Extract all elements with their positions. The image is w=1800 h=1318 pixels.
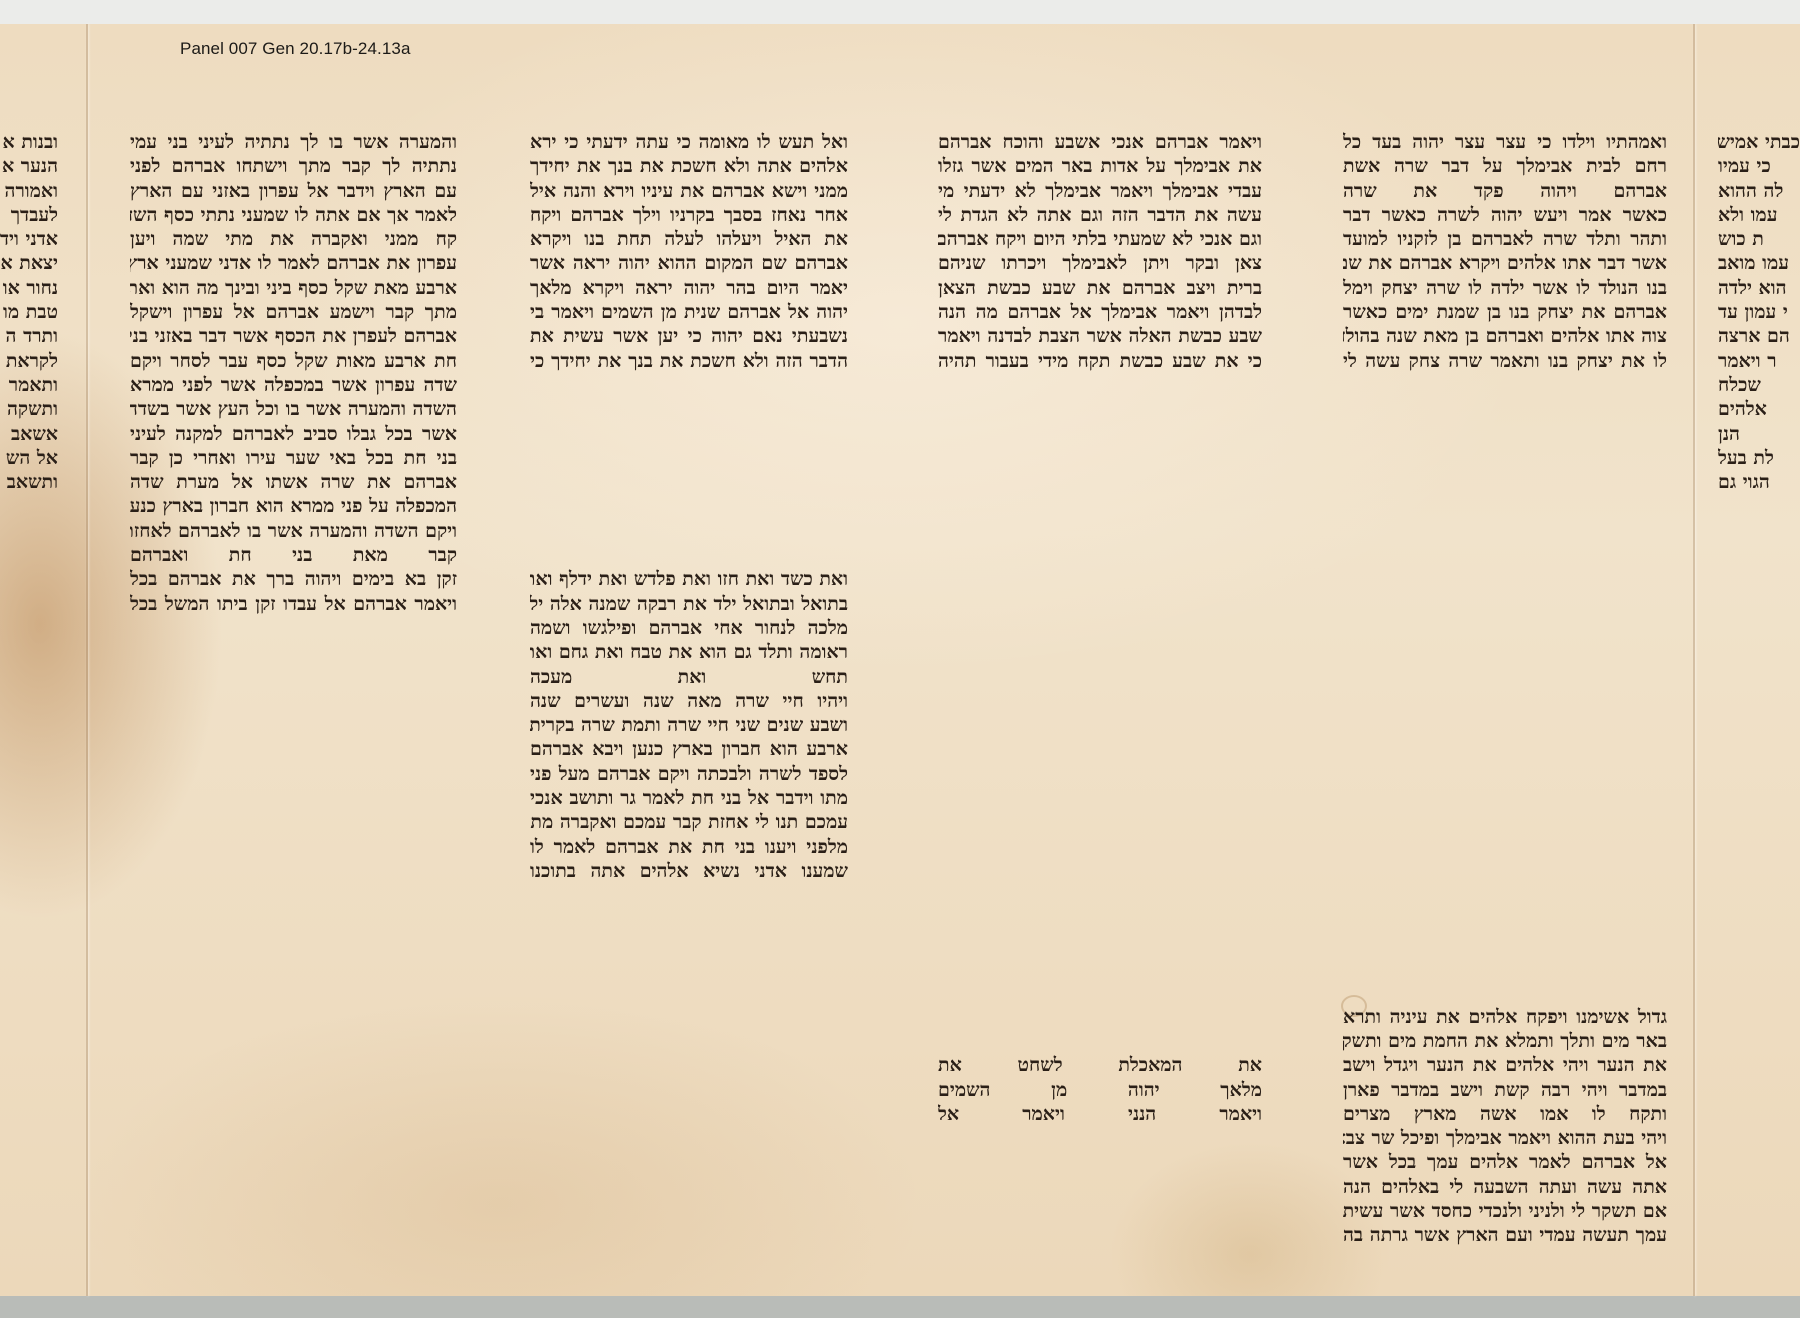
text-line: [938, 519, 1262, 543]
text-line: כי עמיו: [1718, 154, 1800, 178]
text-line: ותקח לו אמו אשה מארץ מצרים: [1343, 1102, 1667, 1126]
text-line: לאמר אך אם אתה לו שמעני נתתי כסף השדה: [130, 203, 457, 227]
text-line: [1343, 422, 1667, 446]
text-line: [1343, 883, 1667, 907]
text-line: וגם אנכי לא שמעתי בלתי היום ויקח אברהם: [938, 227, 1262, 251]
text-line: עבדי אבימלך ויאמר אבימלך לא ידעתי מי: [938, 179, 1262, 203]
text-line: שכלח: [1718, 373, 1800, 397]
panel-label: Panel 007 Gen 20.17b-24.13a: [180, 39, 411, 59]
text-line: אברהם שם המקום ההוא יהוה יראה אשר: [530, 251, 848, 275]
text-line: ברית ויצב אברהם את שבע כבשת הצאן: [938, 276, 1262, 300]
text-line: את המאכלת לשחט את: [938, 1053, 1262, 1077]
text-line: [530, 470, 848, 494]
text-line: ותהר ותלד שרה לאברהם בן לזקניו למועד: [1343, 227, 1667, 251]
text-line: ואמהתיו וילדו כי עצר עצר יהוה בעד כל: [1343, 130, 1667, 154]
text-line: [530, 397, 848, 421]
text-line: המכפלה על פני ממרא הוא חברון בארץ כנען: [130, 494, 457, 518]
text-line: [938, 762, 1262, 786]
text-line: בנו הנולד לו אשר ילדה לו שרה יצחק וימל: [1343, 276, 1667, 300]
column-2: ואל תעש לו מאומה כי עתה ידעתי כי יראאלהי…: [530, 130, 848, 883]
text-line: [530, 373, 848, 397]
text-line: אם תשקר לי ולניני ולנכדי כחסד אשר עשיתי: [1343, 1199, 1667, 1223]
text-line: [938, 494, 1262, 518]
text-line: גדול אשימנו ויפקח אלהים את עיניה ותרא: [1343, 1005, 1667, 1029]
text-line: [1343, 810, 1667, 834]
text-line: [938, 1005, 1262, 1029]
text-line: אברהם את שרה אשתו אל מערת שדה: [130, 470, 457, 494]
text-line: מלפני ויענו בני חת את אברהם לאמר לו: [530, 835, 848, 859]
text-line: מתו וידבר אל בני חת לאמר גר ותושב אנכי: [530, 786, 848, 810]
panel-seam-right: [1693, 24, 1695, 1296]
text-line: עמו ולא: [1718, 203, 1800, 227]
text-line: [938, 835, 1262, 859]
column-3: ויאמר אברהם אנכי אשבע והוכח אברהםאת אבימ…: [938, 130, 1262, 1126]
text-line: ואת כשד ואת חזו ואת פלדש ואת ידלף ואת: [530, 567, 848, 591]
text-line: אשר בכל גבלו סביב לאברהם למקנה לעיני: [130, 422, 457, 446]
text-line: את האיל ויעלהו לעלה תחת בנו ויקרא: [530, 227, 848, 251]
text-line: ויקם השדה והמערה אשר בו לאברהם לאחזת: [130, 519, 457, 543]
text-line: כבתי אמיש: [1718, 130, 1800, 154]
text-line: שדה עפרון אשר במכפלה אשר לפני ממרא: [130, 373, 457, 397]
text-line: ויהיו חיי שרה מאה שנה ועשרים שנה: [530, 689, 848, 713]
text-line: הדבר הזה ולא חשכת את בנך את יחידך כי: [530, 349, 848, 373]
text-line: [1343, 737, 1667, 761]
text-line: ויהי בעת ההוא ויאמר אבימלך ופיכל שר צבאו: [1343, 1126, 1667, 1150]
text-line: [938, 470, 1262, 494]
column-right-partial: כבתי אמישכי עמיולה ההואעמו ולאת כושעמו מ…: [1718, 130, 1800, 494]
text-line: זקן בא בימים ויהוה ברך את אברהם בכל: [130, 567, 457, 591]
text-line: [938, 956, 1262, 980]
text-line: הגוי גם: [1718, 470, 1800, 494]
text-line: [530, 494, 848, 518]
text-line: [938, 713, 1262, 737]
text-line: [938, 810, 1262, 834]
text-line: שמענו אדני נשיא אלהים אתה בתוכנו: [530, 859, 848, 883]
text-line: [938, 446, 1262, 470]
text-line: ממני וישא אברהם את עיניו וירא והנה איל: [530, 179, 848, 203]
text-line: [1343, 543, 1667, 567]
text-line: שבע כבשת האלה אשר הצבת לבדנה ויאמר: [938, 324, 1262, 348]
text-line: צוה אתו אלהים ואברהם בן מאת שנה בהולד: [1343, 324, 1667, 348]
text-line: אלהים אתה ולא חשכת את בנך את יחידך: [530, 154, 848, 178]
text-line: טבת מו: [0, 300, 58, 324]
text-line: כאשר אמר ויעש יהוה לשרה כאשר דבר: [1343, 203, 1667, 227]
text-line: עמכם תנו לי אחזת קבר עמכם ואקברה מתי: [530, 810, 848, 834]
text-line: ת כוש: [1718, 227, 1800, 251]
text-line: קבר מאת בני חת ואברהם: [130, 543, 457, 567]
text-line: ואמורה: [0, 179, 58, 203]
text-line: אל אברהם לאמר אלהים עמך בכל אשר: [1343, 1150, 1667, 1174]
text-line: עם הארץ וידבר אל עפרון באזני עם הארץ: [130, 179, 457, 203]
text-line: הם ארצה: [1718, 324, 1800, 348]
text-line: [938, 422, 1262, 446]
text-line: [938, 543, 1262, 567]
text-line: [1343, 470, 1667, 494]
text-line: אשאב: [0, 422, 58, 446]
text-line: צאן ובקר ויתן לאבימלך ויכרתו שניהם: [938, 251, 1262, 275]
text-line: יאמר היום בהר יהוה יראה ויקרא מלאך: [530, 276, 848, 300]
text-line: הנער א: [0, 154, 58, 178]
text-line: [1343, 665, 1667, 689]
text-line: [1343, 640, 1667, 664]
text-line: לת בעל: [1718, 446, 1800, 470]
text-line: השדה והמערה אשר בו וכל העץ אשר בשדה: [130, 397, 457, 421]
text-line: אתה עשה ועתה השבעה לי באלהים הנה: [1343, 1175, 1667, 1199]
text-line: [1343, 956, 1667, 980]
text-line: נחור או: [0, 276, 58, 300]
text-line: [938, 689, 1262, 713]
text-line: ויאמר אברהם אנכי אשבע והוכח אברהם: [938, 130, 1262, 154]
text-line: [1343, 446, 1667, 470]
text-line: [1343, 592, 1667, 616]
column-1: והמערה אשר בו לך נתתיה לעיני בני עמינתתי…: [130, 130, 457, 616]
text-line: חת ארבע מאות שקל כסף עבר לסחר ויקם: [130, 349, 457, 373]
text-line: הנן: [1718, 422, 1800, 446]
text-line: ראומה ותלד גם הוא את טבח ואת גחם ואת: [530, 640, 848, 664]
text-line: ותשאב: [0, 470, 58, 494]
text-line: עשה את הדבר הזה וגם אתה לא הגדת לי: [938, 203, 1262, 227]
column-left-partial: ובנות אהנער אואמורהלעבדךאדני וידיצאת אנח…: [0, 130, 58, 494]
text-line: [1343, 689, 1667, 713]
text-line: [938, 1029, 1262, 1053]
text-line: [1343, 762, 1667, 786]
text-line: [1343, 859, 1667, 883]
text-line: [938, 397, 1262, 421]
text-line: כי את שבע כבשת תקח מידי בעבור תהיה: [938, 349, 1262, 373]
text-line: [1343, 932, 1667, 956]
text-line: [1343, 567, 1667, 591]
text-line: אברהם ויהוה פקד את שרה: [1343, 179, 1667, 203]
text-line: [1343, 786, 1667, 810]
text-line: [1343, 835, 1667, 859]
text-line: [938, 737, 1262, 761]
text-line: ויאמר הנני ויאמר אל: [938, 1102, 1262, 1126]
text-line: בני חת בכל באי שער עירו ואחרי כן קבר: [130, 446, 457, 470]
text-line: [1343, 616, 1667, 640]
text-line: [1343, 397, 1667, 421]
text-line: [1343, 713, 1667, 737]
text-line: [938, 980, 1262, 1004]
text-line: [530, 446, 848, 470]
text-line: [1343, 494, 1667, 518]
text-line: יצאת א: [0, 251, 58, 275]
text-line: תחש ואת מעכה: [530, 665, 848, 689]
text-line: נשבעתי נאם יהוה כי יען אשר עשית את: [530, 324, 848, 348]
text-line: עמך תעשה עמדי ועם הארץ אשר גרתה בה: [1343, 1223, 1667, 1247]
text-line: ואל תעש לו מאומה כי עתה ידעתי כי ירא: [530, 130, 848, 154]
text-line: אלהים: [1718, 397, 1800, 421]
text-line: ותשקה: [0, 397, 58, 421]
text-line: ותרד ה: [0, 324, 58, 348]
text-line: לה ההוא: [1718, 179, 1800, 203]
text-line: ארבע הוא חברון בארץ כנען ויבא אברהם: [530, 737, 848, 761]
text-line: [530, 543, 848, 567]
text-line: [938, 592, 1262, 616]
text-line: אברהם את יצחק בנו בן שמנת ימים כאשר: [1343, 300, 1667, 324]
text-line: [938, 786, 1262, 810]
text-line: במדבר ויהי רבה קשת וישב במדבר פארן: [1343, 1078, 1667, 1102]
background-bottom: [0, 1296, 1800, 1318]
text-line: אל הש: [0, 446, 58, 470]
text-line: אברהם לעפרן את הכסף אשר דבר באזני בני: [130, 324, 457, 348]
text-line: י עמון עד: [1718, 300, 1800, 324]
text-line: מתך קבר וישמע אברהם אל עפרון וישקל: [130, 300, 457, 324]
text-line: את אבימלך על אדות באר המים אשר גזלו: [938, 154, 1262, 178]
text-line: קח ממני ואקברה את מתי שמה ויען: [130, 227, 457, 251]
text-line: עמו מואב: [1718, 251, 1800, 275]
text-line: עפרון את אברהם לאמר לו אדני שמעני ארץ: [130, 251, 457, 275]
text-line: ובנות א: [0, 130, 58, 154]
text-line: [938, 908, 1262, 932]
text-line: אדני ויד: [0, 227, 58, 251]
text-line: לו את יצחק בנו ותאמר שרה צחק עשה לי: [1343, 349, 1667, 373]
text-line: רחם לבית אבימלך על דבר שרה אשת: [1343, 154, 1667, 178]
text-line: הוא ילדה: [1718, 276, 1800, 300]
text-line: את הנער ויהי אלהים את הנער ויגדל וישב: [1343, 1053, 1667, 1077]
text-line: [938, 567, 1262, 591]
text-line: [938, 616, 1262, 640]
text-line: [938, 640, 1262, 664]
text-line: נתתיה לך קבר מתך וישתחו אברהם לפני: [130, 154, 457, 178]
text-line: והמערה אשר בו לך נתתיה לעיני בני עמי: [130, 130, 457, 154]
text-line: באר מים ותלך ותמלא את החמת מים ותשק: [1343, 1029, 1667, 1053]
panel-seam-left: [86, 24, 88, 1296]
text-line: אשר דבר אתו אלהים ויקרא אברהם את שם: [1343, 251, 1667, 275]
text-line: מלכה לנחור אחי אברהם ופילגשו ושמה: [530, 616, 848, 640]
text-line: אחר נאחז בסבך בקרניו וילך אברהם ויקח: [530, 203, 848, 227]
text-line: לקראת: [0, 349, 58, 373]
text-line: לספד לשרה ולבכתה ויקם אברהם מעל פני: [530, 762, 848, 786]
text-line: [1343, 373, 1667, 397]
text-line: [938, 859, 1262, 883]
text-line: [1343, 980, 1667, 1004]
text-line: ושבע שנים שני חיי שרה ותמת שרה בקרית: [530, 713, 848, 737]
text-line: [938, 932, 1262, 956]
text-line: לעבדך: [0, 203, 58, 227]
text-line: [938, 665, 1262, 689]
text-line: ותאמר: [0, 373, 58, 397]
text-line: [938, 373, 1262, 397]
text-line: בתואל ובתואל ילד את רבקה שמנה אלה ילדה: [530, 592, 848, 616]
text-line: [530, 422, 848, 446]
text-line: יהוה אל אברהם שנית מן השמים ויאמר בי: [530, 300, 848, 324]
text-line: [1343, 519, 1667, 543]
text-line: ר ויאמר: [1718, 349, 1800, 373]
text-line: מלאך יהוה מן השמים: [938, 1078, 1262, 1102]
text-line: [530, 519, 848, 543]
text-line: [938, 883, 1262, 907]
text-line: ארבע מאת שקל כסף ביני ובינך מה הוא ואת: [130, 276, 457, 300]
text-line: לבדהן ויאמר אבימלך אל אברהם מה הנה: [938, 300, 1262, 324]
column-4: ואמהתיו וילדו כי עצר עצר יהוה בעד כלרחם …: [1343, 130, 1667, 1248]
text-line: ויאמר אברהם אל עבדו זקן ביתו המשל בכל: [130, 592, 457, 616]
text-line: [1343, 908, 1667, 932]
